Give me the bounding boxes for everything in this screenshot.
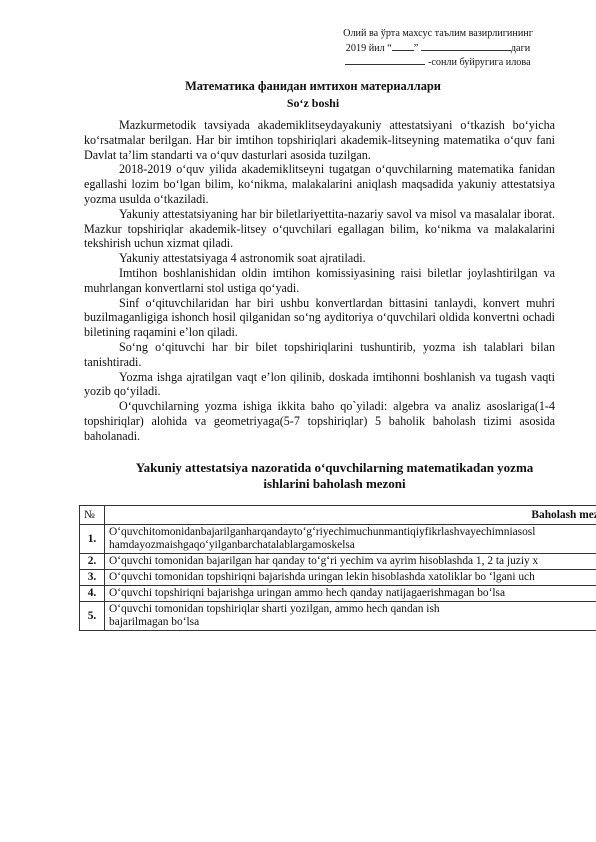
paragraph: 2018-2019 o‘quv yilida akademiklitseyni … bbox=[84, 162, 555, 206]
table-row: 1. O‘quvchitomonidanbajarilganharqandayt… bbox=[80, 525, 596, 554]
paragraph: O‘quvchilarning yozma ishiga ikkita baho… bbox=[84, 399, 555, 443]
order-number-blank bbox=[345, 55, 425, 65]
appendix-note-line-2: 2019 йил “” даги bbox=[318, 41, 558, 56]
row-criteria: O‘quvchi tomonidan topshiriqni bajarishd… bbox=[105, 570, 596, 586]
paragraph: Mazkurmetodik tavsiyada akademiklitseyda… bbox=[84, 118, 555, 162]
document-subtitle: So‘z boshi bbox=[0, 96, 596, 111]
appendix-note-line-1: Олий ва ўрта махсус таълим вазирлигининг bbox=[318, 27, 558, 41]
row-number: 1. bbox=[80, 525, 105, 554]
table-row: 3. O‘quvchi tomonidan topshiriqni bajari… bbox=[80, 570, 596, 586]
row-number: 3. bbox=[80, 570, 105, 586]
column-header-criteria: Baholash mezoni bbox=[105, 506, 596, 525]
paragraph: Imtihon boshlanishidan oldin imtihon kom… bbox=[84, 266, 555, 296]
month-blank bbox=[421, 41, 511, 51]
row-criteria: O‘quvchi tomonidan topshiriqlar sharti y… bbox=[105, 602, 596, 631]
table-header-row: № Baholash mezoni bbox=[80, 506, 596, 525]
row-number: 4. bbox=[80, 586, 105, 602]
table-row: 5. O‘quvchi tomonidan topshiriqlar shart… bbox=[80, 602, 596, 631]
row-criteria: O‘quvchi tomonidan bajarilgan har qanday… bbox=[105, 554, 596, 570]
criteria-table: № Baholash mezoni 1. O‘quvchitomonidanba… bbox=[79, 505, 596, 631]
document-page: Олий ва ўрта махсус таълим вазирлигининг… bbox=[0, 0, 596, 842]
appendix-note-line-3: -сонли буйругига илова bbox=[318, 55, 558, 70]
criteria-table-container: № Baholash mezoni 1. O‘quvchitomonidanba… bbox=[79, 505, 596, 631]
paragraph: Yozma ishga ajratilgan vaqt e’lon qilini… bbox=[84, 370, 555, 400]
paragraph: So‘ng o‘qituvchi har bir bilet topshiriq… bbox=[84, 340, 555, 370]
paragraph: Sinf o‘qituvchilaridan har biri ushbu ko… bbox=[84, 296, 555, 340]
table-row: 4. O‘quvchi topshiriqni bajarishga uring… bbox=[80, 586, 596, 602]
row-criteria: O‘quvchitomonidanbajarilganharqandayto‘g… bbox=[105, 525, 596, 554]
column-header-number: № bbox=[80, 506, 105, 525]
appendix-note: Олий ва ўрта махсус таълим вазирлигининг… bbox=[318, 27, 558, 70]
paragraph: Yakuniy attestatsiyaning har bir biletla… bbox=[84, 207, 555, 251]
row-number: 5. bbox=[80, 602, 105, 631]
row-criteria: O‘quvchi topshiriqni bajarishga uringan … bbox=[105, 586, 596, 602]
document-title: Математика фанидан имтихон материаллари bbox=[0, 79, 596, 94]
paragraph: Yakuniy attestatsiyaga 4 astronomik soat… bbox=[84, 251, 555, 266]
body-text: Mazkurmetodik tavsiyada akademiklitseyda… bbox=[84, 118, 555, 444]
row-number: 2. bbox=[80, 554, 105, 570]
day-blank bbox=[392, 41, 414, 51]
table-row: 2. O‘quvchi tomonidan bajarilgan har qan… bbox=[80, 554, 596, 570]
section-title: Yakuniy attestatsiya nazoratida o‘quvchi… bbox=[84, 460, 555, 492]
